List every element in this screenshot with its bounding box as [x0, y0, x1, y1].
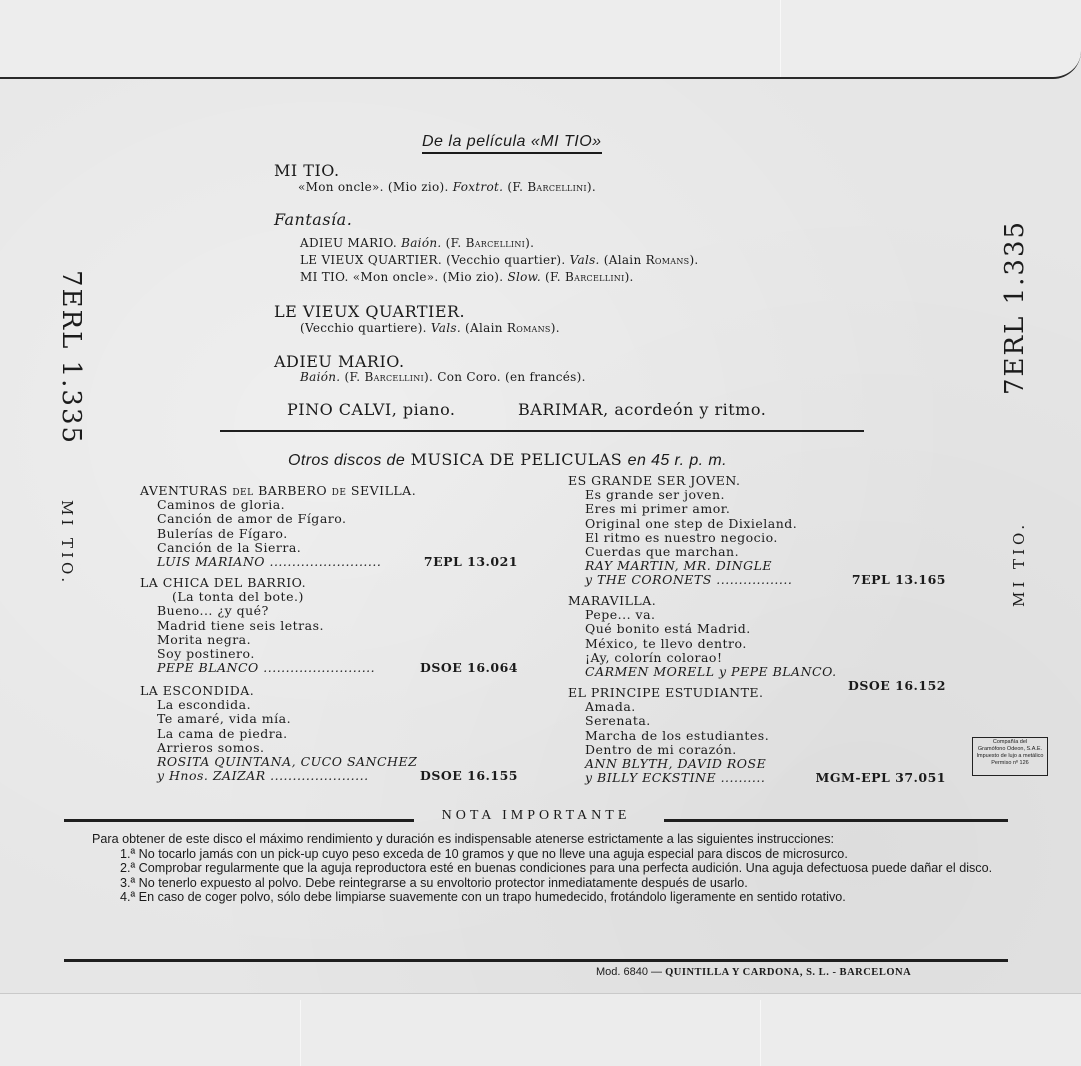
bottom-flap	[0, 993, 1081, 1066]
fantasia-item: ADIEU MARIO. Baión. (F. Barcellini).	[300, 236, 534, 250]
disc-song: Serenata.	[568, 714, 946, 728]
disc-artist: y Hnos. ZAIZAR ......................DSO…	[140, 769, 518, 783]
disc-entry: LA CHICA DEL BARRIO. (La tonta del bote.…	[140, 576, 518, 675]
disc-entry: ES GRANDE SER JOVEN. Es grande ser joven…	[568, 474, 946, 588]
disc-song: Te amaré, vida mía.	[140, 712, 518, 726]
fantasia-item: MI TIO. «Mon oncle». (Mio zio). Slow. (F…	[300, 270, 634, 284]
other-discs-heading: Otros discos de MUSICA DE PELICULAS en 4…	[288, 450, 727, 470]
disc-song: Eres mi primer amor.	[568, 502, 946, 516]
spine-left-title: MI TIO.	[58, 500, 76, 586]
disc-song: Canción de amor de Fígaro.	[140, 512, 518, 526]
disc-artist: PEPE BLANCO .........................DSO…	[140, 661, 518, 675]
disc-song: Marcha de los estudiantes.	[568, 729, 946, 743]
disc-catalog: MGM-EPL 37.051	[816, 771, 946, 785]
disc-song: México, te llevo dentro.	[568, 637, 946, 651]
disc-song: Canción de la Sierra.	[140, 541, 518, 555]
nota-header: NOTA IMPORTANTE	[64, 808, 1008, 828]
stamp-line: Compañía del	[973, 739, 1047, 746]
nota-item: 1.ª No tocarlo jamás con un pick-up cuyo…	[64, 847, 1004, 862]
disc-artist: RAY MARTIN, MR. DINGLE	[568, 559, 946, 573]
disc-title: LA CHICA DEL BARRIO.	[140, 576, 518, 590]
divider	[220, 430, 864, 432]
track-title: LE VIEUX QUARTIER.	[274, 302, 465, 321]
disc-title: MARAVILLA.	[568, 594, 946, 608]
stamp-line: Impuesto de lujo a metálico	[973, 753, 1047, 760]
track-title-fantasia: Fantasía.	[274, 210, 352, 229]
disc-song: Bulerías de Fígaro.	[140, 527, 518, 541]
disc-entry: LA ESCONDIDA. La escondida. Te amaré, vi…	[140, 684, 518, 783]
disc-song: Madrid tiene seis letras.	[140, 619, 518, 633]
disc-artist: CARMEN MORELL y PEPE BLANCO.	[568, 665, 946, 679]
spine-right-catalog: 7ERL 1.335	[1000, 220, 1030, 395]
fantasia-item: LE VIEUX QUARTIER. (Vecchio quartier). V…	[300, 253, 699, 267]
disc-subtitle: (La tonta del bote.)	[140, 590, 518, 604]
stamp-line: Gramófono Odeon, S.A.E.	[973, 746, 1047, 753]
disc-song: El ritmo es nuestro negocio.	[568, 531, 946, 545]
track-title: ADIEU MARIO.	[274, 352, 405, 371]
disc-song: Bueno... ¿y qué?	[140, 604, 518, 618]
disc-song: Dentro de mi corazón.	[568, 743, 946, 757]
crease	[300, 1000, 301, 1066]
disc-song: Pepe... va.	[568, 608, 946, 622]
heading-prefix: Otros discos de	[288, 452, 405, 469]
disc-song: ¡Ay, colorín colorao!	[568, 651, 946, 665]
track-composer: (F. Barcellini).	[503, 180, 596, 194]
nota-item: 3.ª No tenerlo expuesto al polvo. Debe r…	[64, 876, 1004, 891]
disc-song: Morita negra.	[140, 633, 518, 647]
disc-title: EL PRINCIPE ESTUDIANTE.	[568, 686, 946, 700]
track-detail: (Vecchio quartiere). Vals. (Alain Romans…	[300, 321, 560, 335]
disc-song: Caminos de gloria.	[140, 498, 518, 512]
disc-artist: LUIS MARIANO .........................7E…	[140, 555, 518, 569]
disc-song: Qué bonito está Madrid.	[568, 622, 946, 636]
track-detail-text: «Mon oncle». (Mio zio).	[298, 180, 453, 194]
disc-artist: ROSITA QUINTANA, CUCO SANCHEZ	[140, 755, 518, 769]
disc-catalog: 7EPL 13.021	[424, 555, 518, 569]
track-detail: Baión. (F. Barcellini). Con Coro. (en fr…	[300, 370, 586, 384]
disc-catalog: DSOE 16.064	[420, 661, 518, 675]
disc-song: Arrieros somos.	[140, 741, 518, 755]
footer: Mod. 6840 — QUINTILLA Y CARDONA, S. L. -…	[596, 966, 911, 978]
disc-artist: y BILLY ECKSTINE ..........MGM-EPL 37.05…	[568, 771, 946, 785]
disc-catalog: DSOE 16.155	[420, 769, 518, 783]
nota-item: 4.ª En caso de coger polvo, sólo debe li…	[64, 890, 1004, 905]
spine-right-title: MI TIO.	[1010, 521, 1028, 607]
disc-artist: ANN BLYTH, DAVID ROSE	[568, 757, 946, 771]
model-number: Mod. 6840	[596, 966, 648, 978]
disc-title: ES GRANDE SER JOVEN.	[568, 474, 946, 488]
disc-song: La escondida.	[140, 698, 518, 712]
disc-title: AVENTURAS del BARBERO de SEVILLA.	[140, 484, 518, 498]
crease	[760, 1000, 761, 1066]
disc-artist: y THE CORONETS .................7EPL 13.…	[568, 573, 946, 587]
disc-song: La cama de piedra.	[140, 727, 518, 741]
stamp-line: Permiso nº 126	[973, 760, 1047, 767]
performer-accordion: BARIMAR, acordeón y ritmo.	[518, 400, 766, 419]
heading-suffix: en 45 r. p. m.	[628, 452, 727, 469]
footer-dash: —	[651, 966, 662, 978]
track-title: MI TIO.	[274, 161, 340, 180]
nota-body: Para obtener de este disco el máximo ren…	[92, 832, 1004, 905]
disc-song: Cuerdas que marchan.	[568, 545, 946, 559]
disc-song: Original one step de Dixieland.	[568, 517, 946, 531]
crease	[780, 0, 781, 77]
spine-left-catalog: 7ERL 1.335	[56, 270, 86, 445]
performer-piano: PINO CALVI, piano.	[287, 400, 456, 419]
tax-stamp: Compañía del Gramófono Odeon, S.A.E. Imp…	[972, 737, 1048, 776]
rule-right	[664, 819, 1008, 822]
top-flap	[0, 0, 1081, 79]
disc-entry: EL PRINCIPE ESTUDIANTE. Amada. Serenata.…	[568, 686, 946, 785]
track-style: Foxtrot.	[453, 180, 503, 194]
film-heading: De la película «MI TIO»	[422, 133, 602, 154]
printer-name: QUINTILLA Y CARDONA, S. L. - BARCELONA	[665, 967, 911, 978]
heading-main: MUSICA DE PELICULAS	[411, 450, 622, 469]
nota-intro: Para obtener de este disco el máximo ren…	[64, 832, 1004, 847]
disc-song: Amada.	[568, 700, 946, 714]
disc-catalog: 7EPL 13.165	[852, 573, 946, 587]
disc-entry: MARAVILLA. Pepe... va. Qué bonito está M…	[568, 594, 946, 693]
disc-song: Es grande ser joven.	[568, 488, 946, 502]
disc-title: LA ESCONDIDA.	[140, 684, 518, 698]
footer-rule	[64, 959, 1008, 962]
nota-item: 2.ª Comprobar regularmente que la aguja …	[64, 861, 1004, 876]
disc-entry: AVENTURAS del BARBERO de SEVILLA. Camino…	[140, 484, 518, 569]
track-detail: «Mon oncle». (Mio zio). Foxtrot. (F. Bar…	[298, 180, 596, 194]
disc-song: Soy postinero.	[140, 647, 518, 661]
